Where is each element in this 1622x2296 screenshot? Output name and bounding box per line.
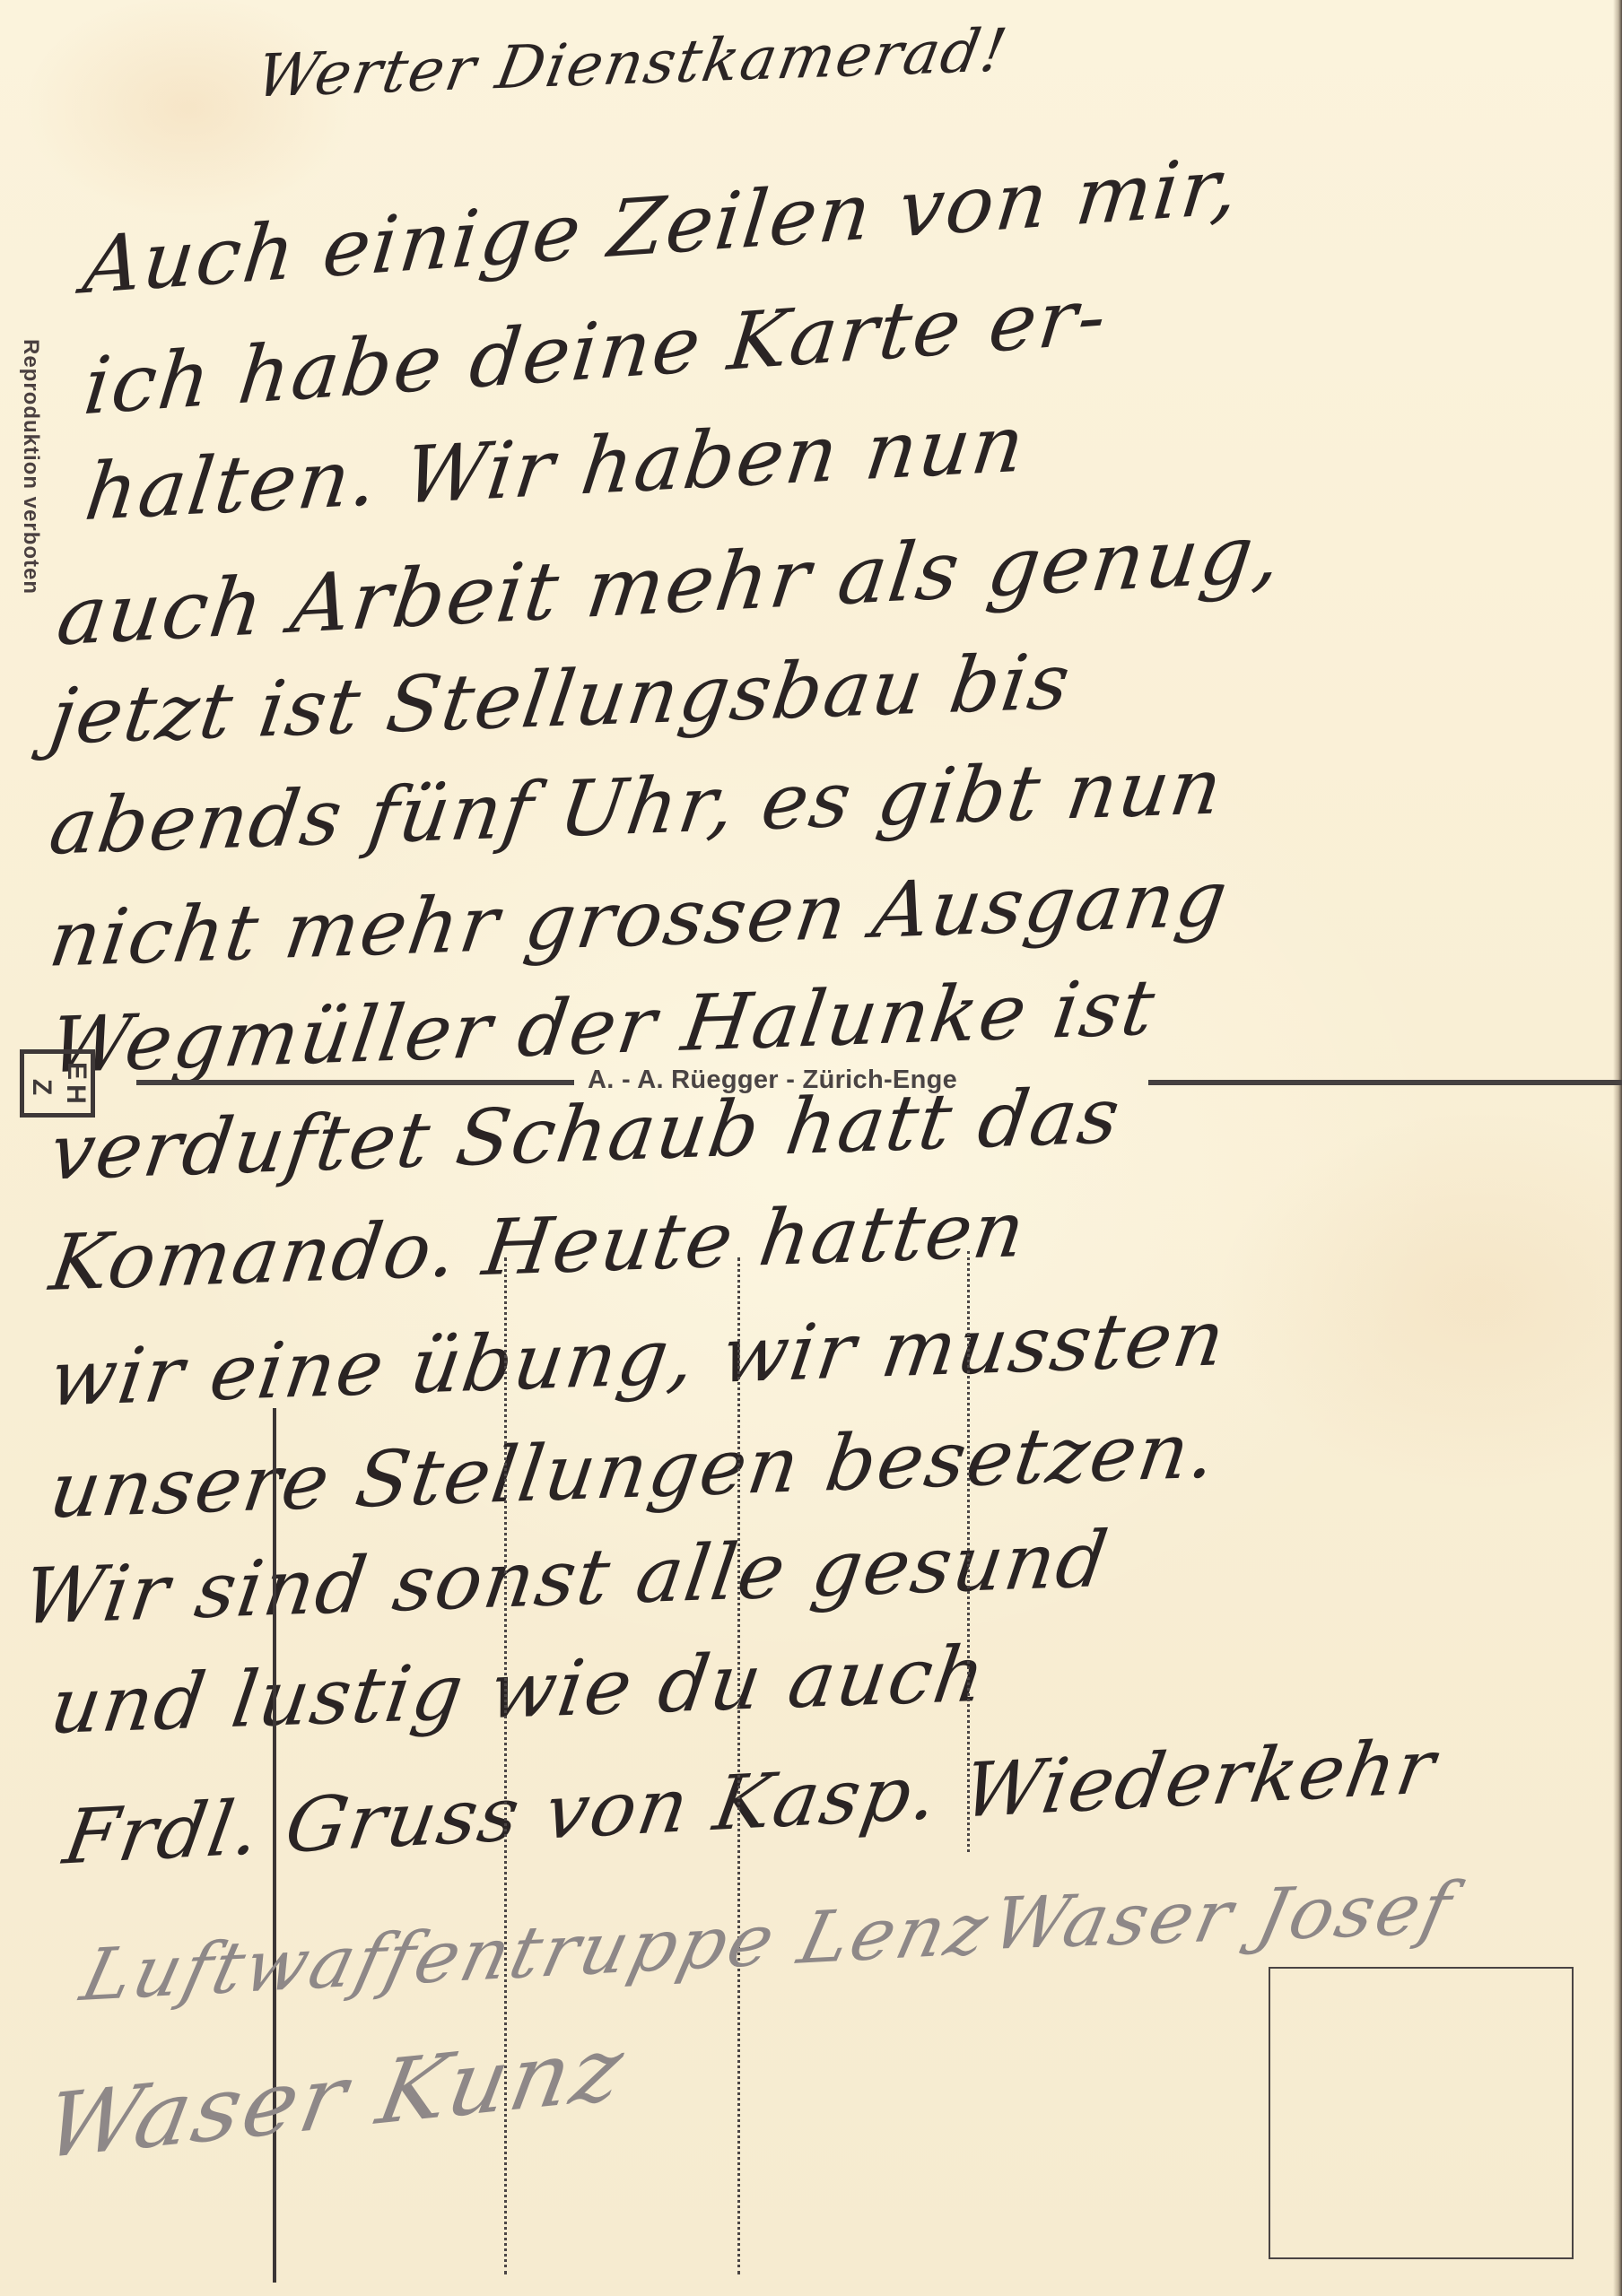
publisher-imprint: A. - A. Rüegger - Zürich-Enge xyxy=(588,1065,1144,1095)
publisher-divider-left xyxy=(136,1080,574,1085)
letter-line: Komando. Heute hatten xyxy=(45,1185,1032,1309)
logo-letter: E xyxy=(63,1062,90,1080)
letter-salutation: Werter Dienstkamerad! xyxy=(251,16,1013,111)
letter-line: wir eine übung, wir mussten xyxy=(44,1293,1231,1423)
reproduction-notice: Reproduktion verboten xyxy=(20,339,43,716)
logo-letter: Z xyxy=(28,1079,55,1095)
letter-line: nicht mehr grossen Ausgang xyxy=(44,854,1234,984)
publisher-logo: E H Z xyxy=(20,1049,95,1118)
dotted-guide-line xyxy=(967,1251,970,1852)
pencil-signature: Waser Josef xyxy=(985,1866,1461,1966)
logo-letter: H xyxy=(62,1084,89,1104)
letter-line: Wir sind sonst alle gesund xyxy=(18,1515,1115,1642)
card-edge-shadow xyxy=(1613,0,1622,2296)
letter-line: abends fünf Uhr, es gibt nun xyxy=(44,742,1228,872)
publisher-divider-right xyxy=(1148,1080,1622,1085)
pencil-signature: Luftwaffentruppe Lenz xyxy=(74,1887,998,2017)
pencil-signature: Waser Kunz xyxy=(38,2016,633,2179)
letter-line: und lustig wie du auch xyxy=(45,1630,992,1752)
postcard-back: Reproduktion verboten Werter Dienstkamer… xyxy=(0,0,1622,2296)
dotted-guide-line xyxy=(737,1257,740,2274)
stamp-box xyxy=(1269,1967,1574,2259)
letter-closing: Frdl. Gruss von Kasp. Wiederkehr xyxy=(58,1722,1443,1881)
